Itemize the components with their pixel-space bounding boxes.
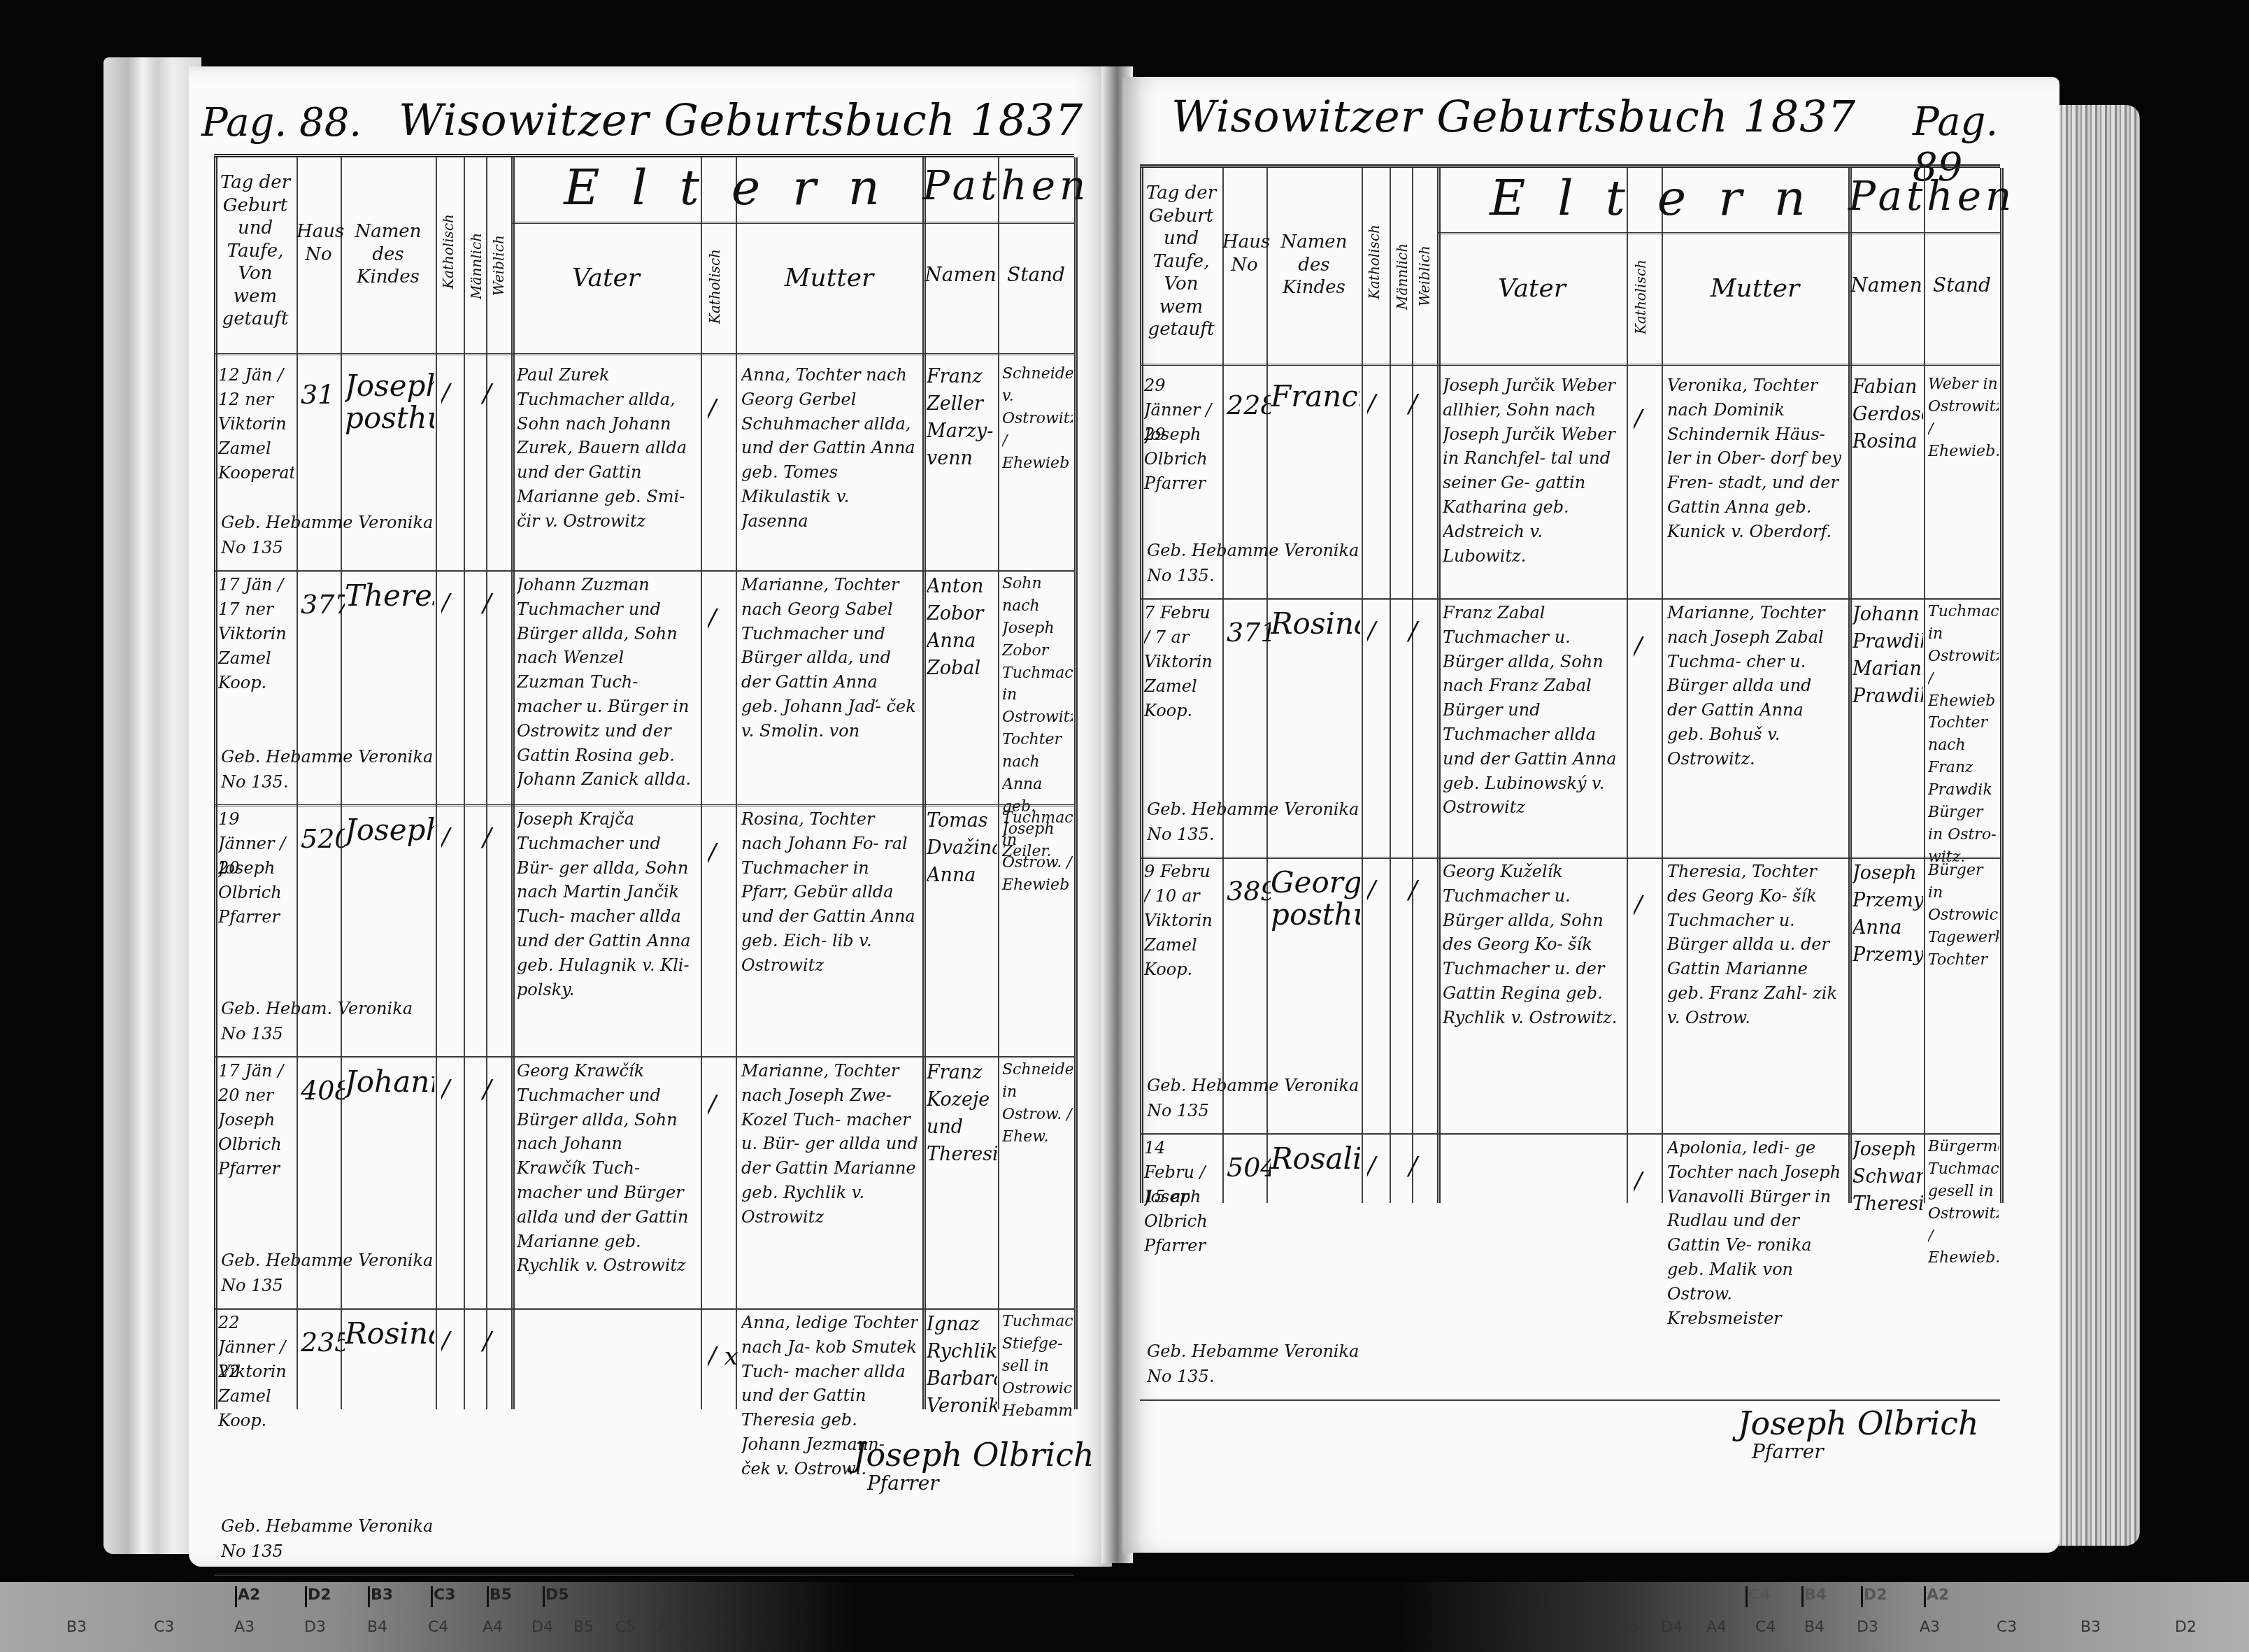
religion-sex-marks: / /: [441, 376, 517, 412]
entry-rule: [1140, 598, 2000, 600]
godparent-status: Weber in Ostrowitz / Ehewieb.: [1928, 373, 1999, 463]
register-entry: 17 Jän / 17 nerViktorin Zamel Koop.377Th…: [214, 573, 1074, 807]
color-target-label: D2: [308, 1586, 331, 1604]
register-entry: 14 Febru / 15 arJoseph Olbrich Pfarrer50…: [1140, 1136, 2000, 1402]
godparent-name: Ignaz Rychlik Barbara Veronika: [927, 1311, 997, 1420]
baptizer: Viktorin Zamel Koop.: [218, 622, 294, 695]
register-entry: 17 Jän / 20 nerJoseph Olbrich Pfarrer408…: [214, 1059, 1074, 1311]
baptizer: Viktorin Zamel Koop.: [218, 1360, 294, 1432]
register-table: Tag der Geburt und Taufe, Von wem getauf…: [1140, 164, 2000, 1203]
entry-rule: [214, 1574, 1074, 1576]
baptizer: Viktorin Zamel Koop.: [1144, 909, 1220, 981]
color-target-label: A3: [234, 1618, 255, 1636]
child-name: Georg posthumus: [1271, 867, 1360, 931]
color-target-label: C3: [154, 1618, 174, 1636]
header-male: Männlich: [468, 199, 485, 332]
pastor-signature: Joseph Olbrich Pfarrer: [853, 1437, 1094, 1494]
baptizer: Viktorin Zamel Kooperator: [218, 412, 294, 485]
child-name: Joseph posthumus: [345, 370, 434, 434]
header-godparent-status: Stand: [998, 262, 1074, 287]
header-rule: [511, 222, 1074, 224]
midwife-note: Geb. Hebamme Veronika No 135: [1147, 1073, 1369, 1123]
house-number: 235: [301, 1323, 345, 1362]
color-target-label: C4: [1748, 1586, 1770, 1604]
child-name: Rosalia: [1271, 1143, 1360, 1175]
header-child-name: Namen des Kindes: [1266, 231, 1362, 299]
child-name: Rosina: [345, 1318, 434, 1350]
color-target-label: B4: [1804, 1586, 1827, 1604]
house-number: 31: [301, 376, 345, 414]
color-target-label: A2: [1927, 1586, 1949, 1604]
father-details: [1443, 1136, 1622, 1395]
godparent-name: Anton Zobor Anna Zobal: [927, 573, 997, 683]
header-mother: Mutter: [736, 262, 922, 294]
entry-rule: [1140, 1399, 2000, 1401]
page-title: Wisowitzer Geburtsbuch 1837: [399, 94, 1083, 145]
birth-baptism-date: 9 Febru / 10 ar: [1144, 860, 1220, 909]
signature-role: Pfarrer: [1752, 1441, 1979, 1463]
baptizer: Joseph Olbrich Pfarrer: [218, 1108, 294, 1181]
entry-rule: [1140, 1133, 2000, 1135]
header-religion: Katholisch: [440, 171, 457, 332]
mother-details: Marianne, Tochter nach Georg Sabel Tuchm…: [741, 573, 918, 800]
color-target-label: D3: [304, 1618, 326, 1636]
header-godparent-name: Namen: [922, 262, 999, 287]
religion-sex-marks: / /: [1367, 872, 1443, 909]
child-name: Joseph: [345, 814, 434, 846]
header-godparents: Pathen: [1848, 171, 2000, 222]
page-title: Wisowitzer Geburtsbuch 1837: [1171, 91, 1856, 142]
header-female: Weiblich: [1416, 210, 1434, 343]
header-godparent-status: Stand: [1924, 273, 2000, 297]
father-details: Joseph Krajča Tuchmacher und Bür- ger al…: [517, 807, 697, 1052]
baptizer: Joseph Olbrich Pfarrer: [218, 856, 294, 929]
color-target-label: D2: [2175, 1618, 2197, 1636]
color-target-label: A3: [1920, 1618, 1940, 1636]
mother-religion-mark: /: [1634, 1164, 1669, 1200]
godparent-name: Joseph Przemyšl Anna Przemyšl: [1852, 860, 1923, 969]
header-mother-religion: Katholisch: [1632, 238, 1650, 357]
child-name: Theresia: [345, 580, 434, 612]
color-target-label: C3: [434, 1586, 455, 1604]
color-target-label: C3: [1997, 1618, 2017, 1636]
midwife-note: Geb. Hebamme Veronika No 135: [221, 1248, 443, 1298]
midwife-note: Geb. Hebamme Veronika No 135: [221, 1514, 443, 1564]
color-target-ruler: A2D2B3C3B5D5B3C3A3D3B4C4A4D4B5C5A5B5D4A4…: [0, 1582, 2249, 1652]
mother-details: Marianne, Tochter nach Joseph Zwe- Kozel…: [741, 1059, 918, 1304]
father-details: Franz Zabal Tuchmacher u. Bürger allda, …: [1443, 601, 1622, 853]
religion-sex-marks: / /: [1367, 1148, 1443, 1185]
mother-religion-mark: /: [1634, 629, 1669, 665]
mother-religion-mark: /: [1634, 401, 1669, 438]
religion-sex-marks: / /: [441, 585, 517, 622]
house-number: 520: [301, 820, 345, 858]
pastor-signature: Joseph Olbrich Pfarrer: [1738, 1406, 1979, 1462]
house-number: 228: [1227, 386, 1271, 425]
color-target-label: B5: [490, 1586, 512, 1604]
color-target-label: A2: [238, 1586, 260, 1604]
house-number: 389: [1227, 872, 1271, 911]
register-entry: 19 Jänner / 20Joseph Olbrich Pfarrer520J…: [214, 807, 1074, 1059]
father-details: Georg Kuželík Tuchmacher u. Bürger allda…: [1443, 860, 1622, 1129]
father-details: [517, 1311, 697, 1569]
midwife-note: Geb. Hebamme Veronika No 135: [221, 510, 443, 560]
mother-religion-mark: / x: [708, 1339, 743, 1375]
midwife-note: Geb. Hebamme Veronika No 135.: [1147, 1339, 1369, 1389]
midwife-note: Geb. Hebam. Veronika No 135: [221, 996, 443, 1046]
religion-sex-marks: / /: [1367, 386, 1443, 422]
mother-religion-mark: /: [708, 835, 743, 871]
religion-sex-marks: / /: [1367, 613, 1443, 650]
entry-rule: [1140, 857, 2000, 859]
birth-baptism-date: 7 Febru / 7 ar: [1144, 601, 1220, 650]
godparent-status: Bürgermeister, Tuchmacher- gesell in Ost…: [1928, 1136, 1999, 1269]
header-father: Vater: [511, 262, 701, 294]
godparent-name: Franz Zeller Marzy- venn: [927, 363, 997, 473]
godparent-name: Joseph Schwarzer Theresia: [1852, 1136, 1923, 1218]
register-entry: 9 Febru / 10 arViktorin Zamel Koop.389Ge…: [1140, 860, 2000, 1136]
signature-name: Joseph Olbrich: [1738, 1404, 1979, 1442]
column-rule: [2000, 168, 2004, 1203]
header-parents: Eltern: [1479, 168, 1848, 229]
godparent-status: Bürger in Ostrowic Tagewerker- Tochter: [1928, 860, 1999, 971]
entry-rule: [214, 1308, 1074, 1310]
mother-religion-mark: /: [708, 601, 743, 637]
baptizer: Joseph Olbrich Pfarrer: [1144, 1185, 1220, 1258]
header-date: Tag der Geburt und Taufe, Von wem getauf…: [217, 171, 294, 331]
godparent-status: Tuchmacher in Ostrow. / Ehewieb: [1002, 807, 1073, 897]
header-rule: [1437, 232, 2000, 234]
godparent-name: Fabian Gerdoschik Rosina: [1852, 373, 1923, 455]
mother-details: Apolonia, ledi- ge Tochter nach Joseph V…: [1667, 1136, 1844, 1395]
color-target-label: D3: [1857, 1618, 1878, 1636]
godparent-status: Tuchmacher, Stiefge- sell in Ostrowic He…: [1002, 1311, 1073, 1422]
entry-rule: [214, 570, 1074, 572]
entry-rule: [214, 1056, 1074, 1058]
header-godparents: Pathen: [922, 160, 1074, 211]
header-godparent-name: Namen: [1848, 273, 1925, 297]
father-details: Georg Krawčík Tuchmacher und Bürger alld…: [517, 1059, 697, 1304]
color-target-label: B5: [573, 1618, 594, 1636]
religion-sex-marks: / /: [441, 1071, 517, 1108]
color-target-label: D4: [1661, 1618, 1683, 1636]
mother-details: Veronika, Tochter nach Dominik Schindern…: [1667, 373, 1844, 594]
page-number: Pag. 88.: [201, 100, 362, 145]
book-edge-right: [2056, 105, 2140, 1546]
mother-details: Anna, Tochter nach Georg Gerbel Schuhmac…: [741, 363, 918, 566]
godparent-status: Schneider in Ostrow. / Ehew.: [1002, 1059, 1073, 1148]
color-target-label: C4: [428, 1618, 448, 1636]
mother-details: Theresia, Tochter des Georg Ko- šík Tuch…: [1667, 860, 1844, 1129]
color-target-label: D2: [1864, 1586, 1887, 1604]
godparent-status: Schneider v. Ostrowitz / Ehewieb: [1002, 363, 1073, 474]
mother-religion-mark: /: [708, 391, 743, 427]
signature-role: Pfarrer: [867, 1473, 1094, 1495]
birth-baptism-date: 17 Jän / 17 ner: [218, 573, 294, 622]
color-target-label: B3: [2080, 1618, 2101, 1636]
child-name: Francisca: [1271, 380, 1360, 413]
header-female: Weiblich: [490, 199, 508, 332]
book-edge-left: [103, 57, 201, 1554]
baptizer: Joseph Olbrich Pfarrer: [1144, 422, 1220, 495]
godparent-name: Franz Kozeje und Theresia: [927, 1059, 997, 1169]
color-target-label: B4: [1804, 1618, 1825, 1636]
header-date: Tag der Geburt und Taufe, Von wem getauf…: [1143, 182, 1220, 341]
color-target-label: D4: [531, 1618, 553, 1636]
midwife-note: Geb. Hebamme Veronika No 135.: [1147, 538, 1369, 588]
header-mother-religion: Katholisch: [706, 227, 724, 346]
register-entry: 12 Jän / 12 nerViktorin Zamel Kooperator…: [214, 363, 1074, 573]
godparent-name: Johann Prawdik Marianne Prawdik: [1852, 601, 1923, 711]
header-male: Männlich: [1394, 210, 1411, 343]
register-entry: 29 Jänner / 29Joseph Olbrich Pfarrer228F…: [1140, 373, 2000, 601]
header-parents: Eltern: [553, 157, 922, 219]
father-details: Paul Zurek Tuchmacher allda, Sohn nach J…: [517, 363, 697, 566]
header-bottom-rule: [1140, 364, 2000, 366]
godparent-name: Tomas Dvažina Anna: [927, 807, 997, 889]
color-target-label: B3: [371, 1586, 393, 1604]
godparent-status: Tuchmacher in Ostrowitz / Ehewieb Tochte…: [1928, 601, 1999, 869]
child-name: Rosina: [1271, 608, 1360, 640]
house-number: 371: [1227, 613, 1271, 652]
header-child-name: Namen des Kindes: [341, 220, 436, 289]
signature-name: Joseph Olbrich: [853, 1436, 1094, 1474]
birth-baptism-date: 17 Jän / 20 ner: [218, 1059, 294, 1108]
color-target-label: B5: [1619, 1618, 1639, 1636]
color-target-label: A4: [483, 1618, 503, 1636]
child-name: Johann: [345, 1066, 434, 1098]
color-target-label: A5: [657, 1618, 678, 1636]
religion-sex-marks: / /: [441, 1323, 517, 1360]
color-target-label: C5: [615, 1618, 636, 1636]
mother-religion-mark: /: [708, 1087, 743, 1123]
header-father: Vater: [1437, 273, 1627, 304]
father-details: Johann Zuzman Tuchmacher und Bürger alld…: [517, 573, 697, 800]
midwife-note: Geb. Hebamme Veronika No 135.: [1147, 797, 1369, 847]
house-number: 504: [1227, 1148, 1271, 1187]
right-page: Wisowitzer Geburtsbuch 1837 Pag. 89 Tag …: [1122, 77, 2059, 1553]
header-house-no: Haus No: [297, 220, 341, 266]
color-target-label: C4: [1755, 1618, 1776, 1636]
mother-details: Marianne, Tochter nach Joseph Zabal Tuch…: [1667, 601, 1844, 853]
register-entry: 7 Febru / 7 arViktorin Zamel Koop.371Ros…: [1140, 601, 2000, 860]
religion-sex-marks: / /: [441, 820, 517, 856]
header-house-no: Haus No: [1222, 231, 1266, 276]
entry-rule: [214, 804, 1074, 806]
mother-religion-mark: /: [1634, 888, 1669, 924]
register-table: Tag der Geburt und Taufe, Von wem getauf…: [214, 154, 1074, 1409]
color-target-label: B3: [66, 1618, 87, 1636]
house-number: 377: [301, 585, 345, 624]
father-details: Joseph Jurčik Weber allhier, Sohn nach J…: [1443, 373, 1622, 594]
column-rule: [1074, 157, 1078, 1409]
left-page: Pag. 88. Wisowitzer Geburtsbuch 1837 Tag…: [189, 66, 1112, 1567]
birth-baptism-date: 12 Jän / 12 ner: [218, 363, 294, 412]
baptizer: Viktorin Zamel Koop.: [1144, 650, 1220, 722]
color-target-label: B4: [367, 1618, 387, 1636]
color-target-label: D5: [545, 1586, 569, 1604]
color-target-label: A4: [1706, 1618, 1727, 1636]
header-mother: Mutter: [1662, 273, 1848, 304]
mother-details: Rosina, Tochter nach Johann Fo- ral Tuch…: [741, 807, 918, 1052]
header-religion: Katholisch: [1366, 182, 1383, 343]
house-number: 408: [301, 1071, 345, 1110]
midwife-note: Geb. Hebamme Veronika No 135.: [221, 744, 443, 795]
header-bottom-rule: [214, 353, 1074, 355]
